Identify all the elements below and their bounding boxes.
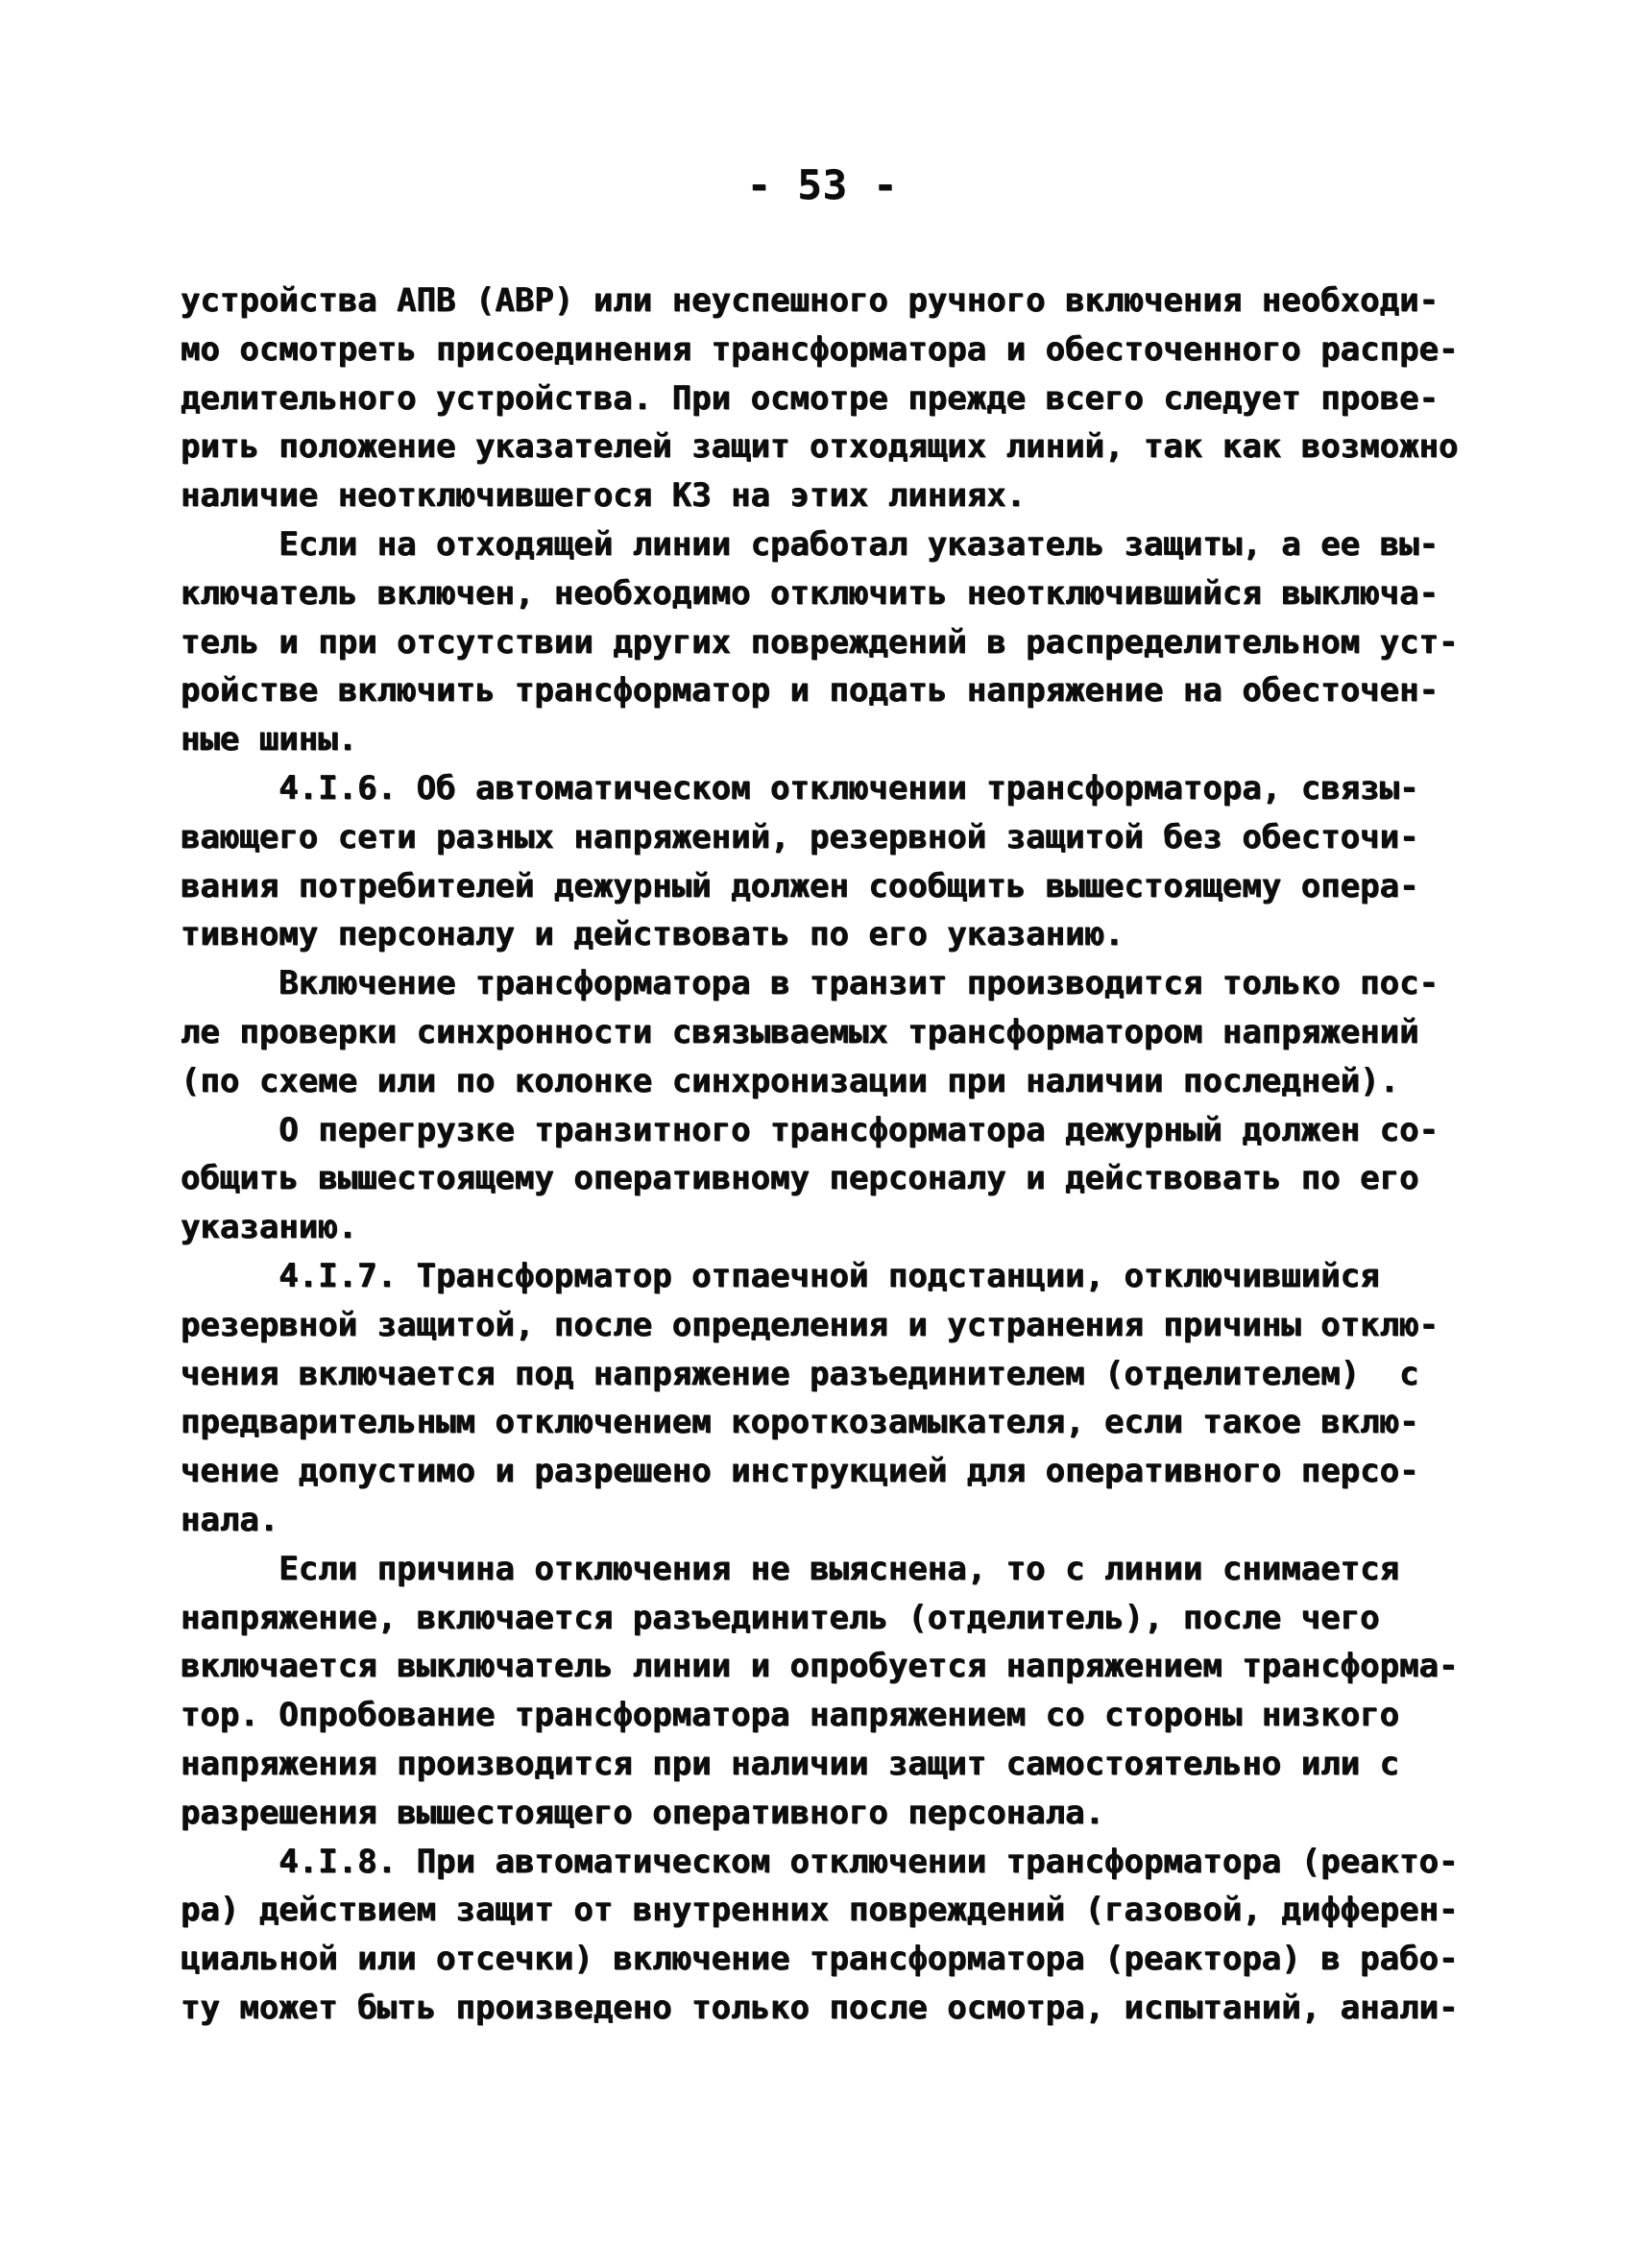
text-line: (по схеме или по колонке синхронизации п…: [181, 1057, 1487, 1106]
text-line: разрешения вышестоящего оперативного пер…: [181, 1789, 1487, 1838]
text-line: делительного устройства. При осмотре пре…: [181, 374, 1487, 423]
text-line: наличие неотключившегося КЗ на этих лини…: [181, 471, 1487, 520]
page-number: - 53 -: [0, 161, 1645, 208]
text-line: рить положение указателей защит отходящи…: [181, 422, 1487, 471]
text-line: циальной или отсечки) включение трансфор…: [181, 1935, 1487, 1984]
text-line: ключатель включен, необходимо отключить …: [181, 569, 1487, 618]
text-line: ра) действием защит от внутренних повреж…: [181, 1886, 1487, 1935]
text-line: чение допустимо и разрешено инструкцией …: [181, 1447, 1487, 1496]
text-line: Если на отходящей линии сработал указате…: [181, 520, 1487, 569]
text-line: тель и при отсутствии других повреждений…: [181, 618, 1487, 667]
text-line: ройстве включить трансформатор и подать …: [181, 666, 1487, 715]
text-line: 4.I.7. Трансформатор отпаечной подстанци…: [181, 1252, 1487, 1301]
text-line: указанию.: [181, 1203, 1487, 1252]
document-body-text: устройства АПВ (АВР) или неуспешного руч…: [181, 277, 1487, 2033]
text-line: напряжения производится при наличии защи…: [181, 1740, 1487, 1789]
text-line: 4.I.8. При автоматическом отключении тра…: [181, 1838, 1487, 1887]
text-line: вания потребителей дежурный должен сообщ…: [181, 862, 1487, 911]
scanned-document-page: - 53 - устройства АПВ (АВР) или неуспешн…: [0, 0, 1645, 2268]
text-line: тор. Опробование трансформатора напряжен…: [181, 1691, 1487, 1740]
text-line: напряжение, включается разъединитель (от…: [181, 1594, 1487, 1643]
text-line: ле проверки синхронности связываемых тра…: [181, 1008, 1487, 1057]
text-line: резервной защитой, после определения и у…: [181, 1301, 1487, 1350]
text-line: нала.: [181, 1496, 1487, 1545]
text-line: тивному персоналу и действовать по его у…: [181, 910, 1487, 959]
text-line: общить вышестоящему оперативному персона…: [181, 1154, 1487, 1203]
text-line: чения включается под напряжение разъедин…: [181, 1350, 1487, 1399]
text-line: 4.I.6. Об автоматическом отключении тран…: [181, 764, 1487, 813]
text-line: Включение трансформатора в транзит произ…: [181, 959, 1487, 1008]
text-line: Если причина отключения не выяснена, то …: [181, 1545, 1487, 1594]
text-line: ные шины.: [181, 715, 1487, 764]
text-line: О перегрузке транзитного трансформатора …: [181, 1106, 1487, 1155]
text-line: ту может быть произведено только после о…: [181, 1984, 1487, 2033]
text-line: устройства АПВ (АВР) или неуспешного руч…: [181, 277, 1487, 326]
text-line: мо осмотреть присоединения трансформатор…: [181, 326, 1487, 374]
text-line: вающего сети разных напряжений, резервно…: [181, 813, 1487, 862]
text-line: включается выключатель линии и опробуетс…: [181, 1642, 1487, 1691]
text-line: предварительным отключением короткозамык…: [181, 1398, 1487, 1447]
